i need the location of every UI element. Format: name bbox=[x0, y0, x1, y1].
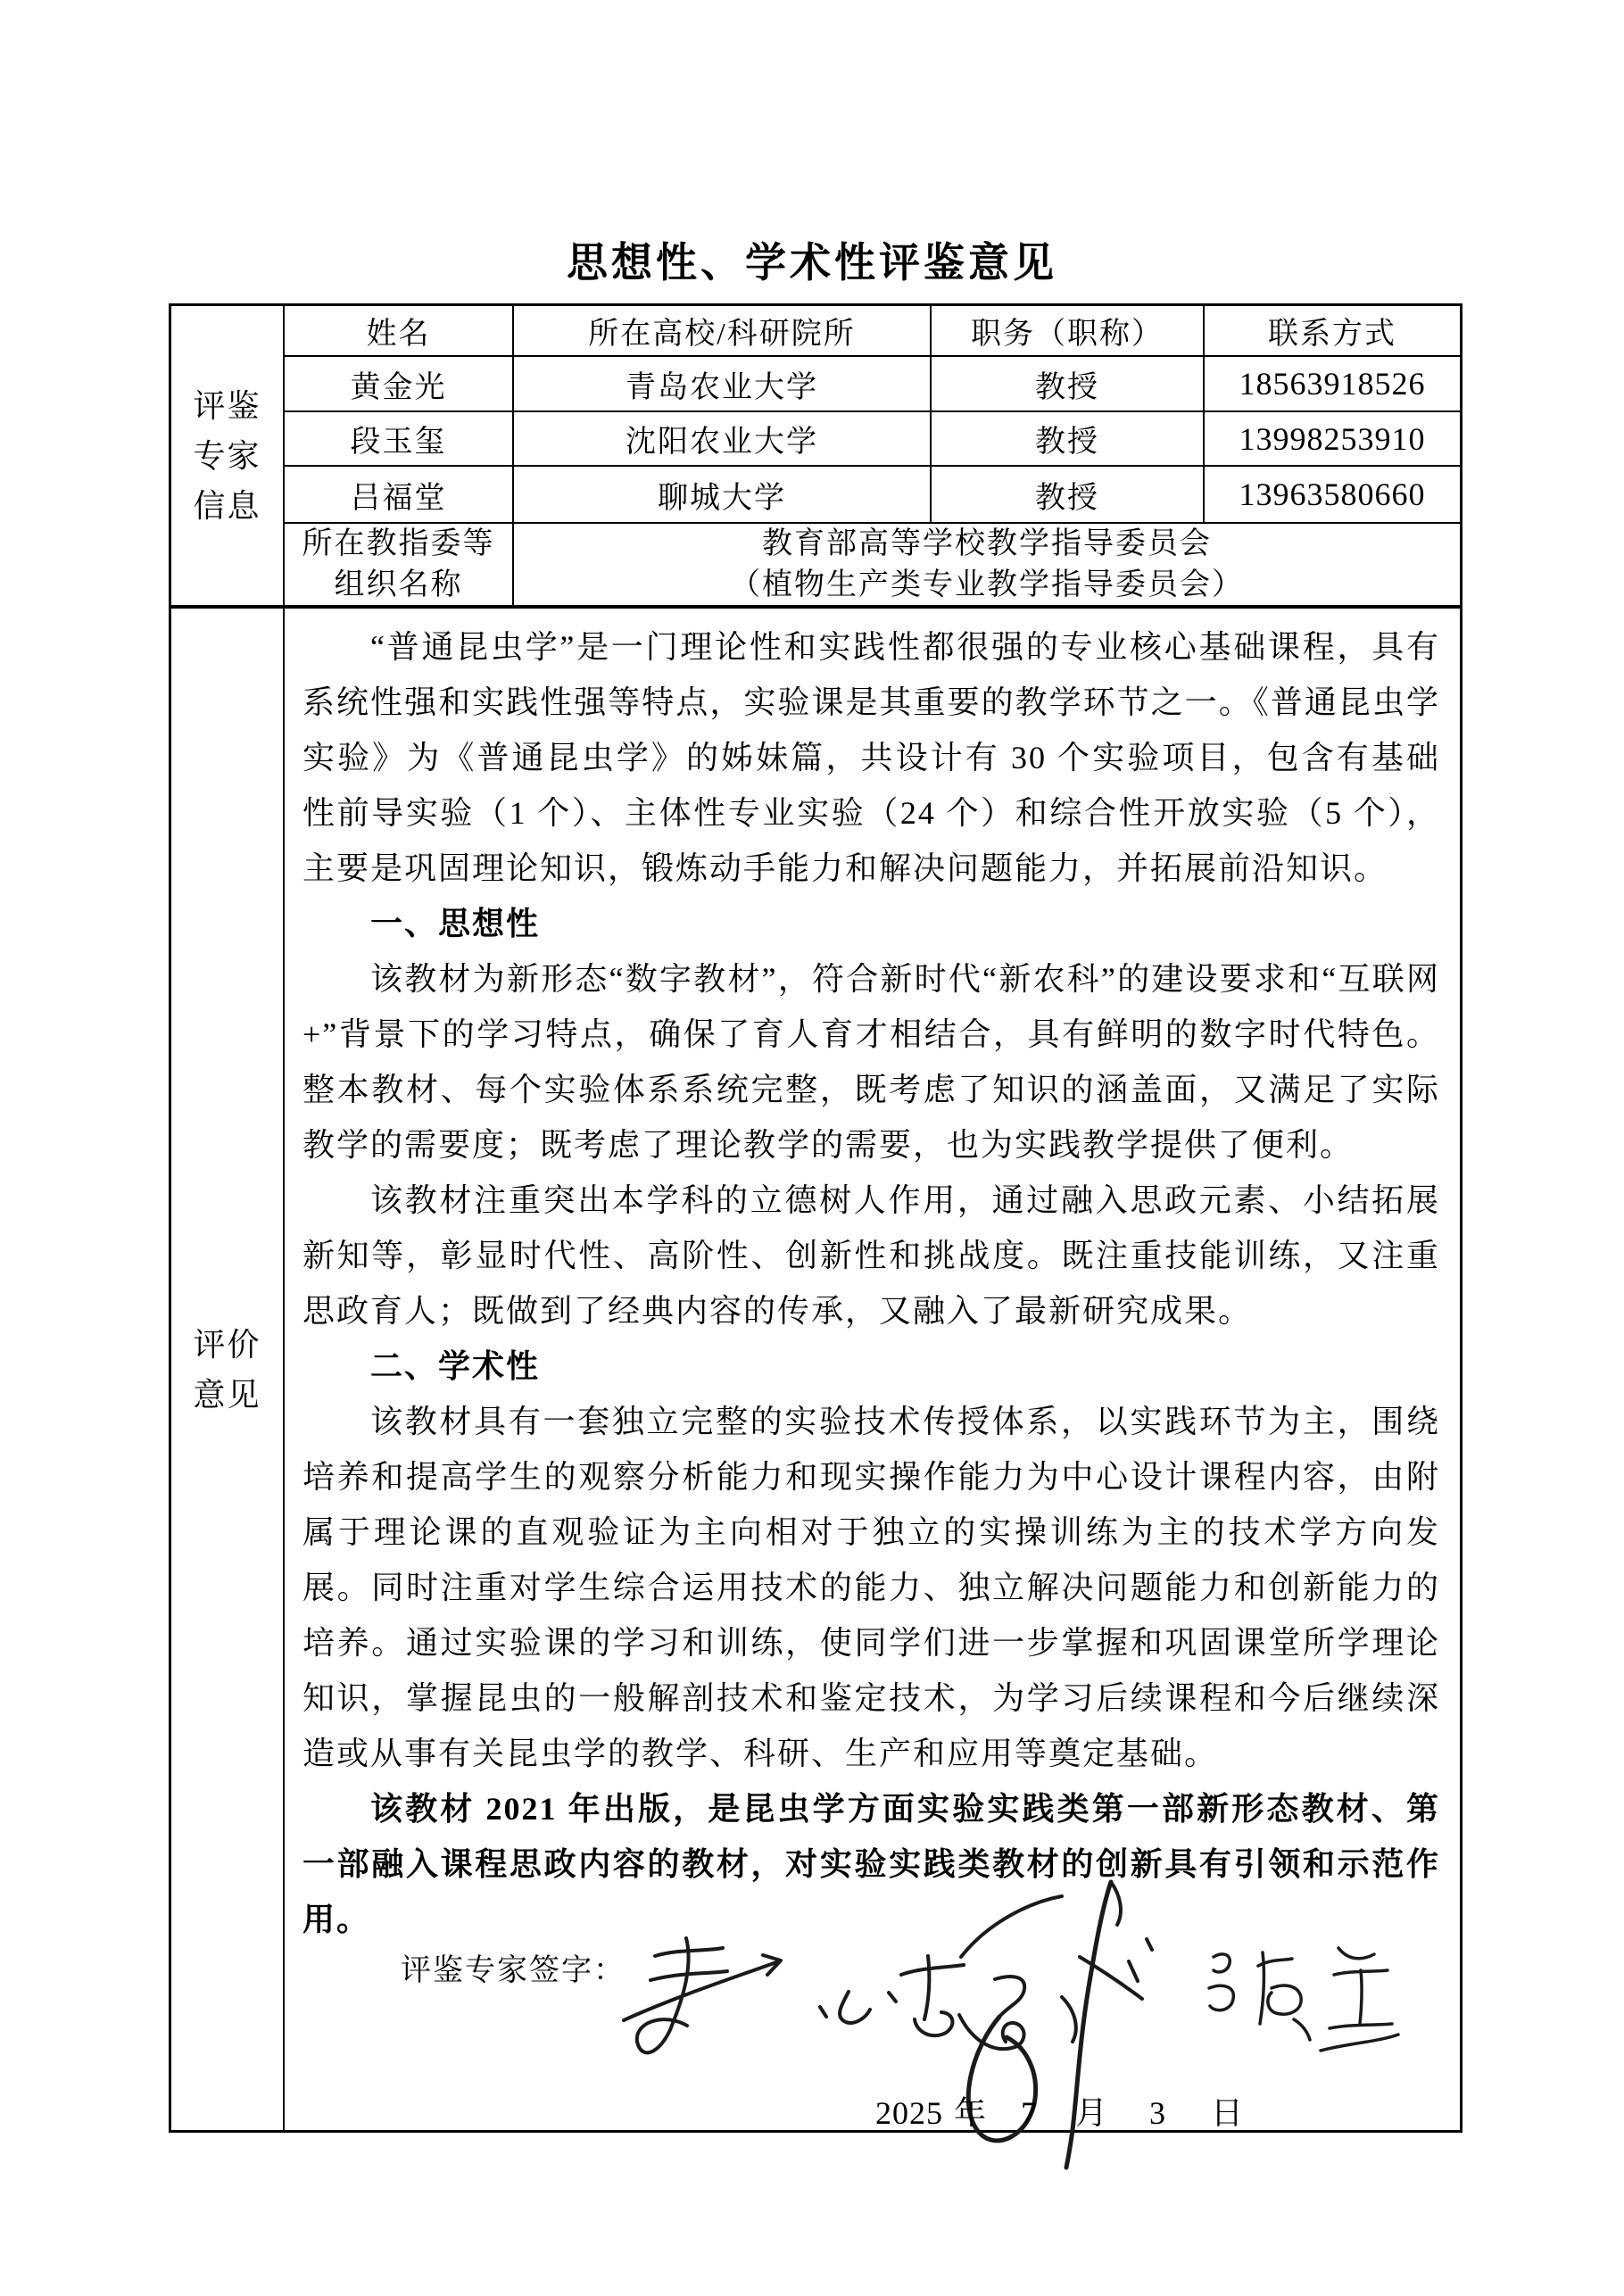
org-row-label: 所在教指委等 组织名称 bbox=[285, 524, 514, 609]
expert-name: 段玉玺 bbox=[285, 412, 514, 467]
expert-info-section-label: 评鉴专家信息 bbox=[171, 306, 285, 609]
header-position: 职务（职称） bbox=[932, 306, 1205, 357]
expert-affiliation: 青岛农业大学 bbox=[514, 357, 932, 412]
document-page: 思想性、学术性评鉴意见 评鉴专家信息 姓名 所在高校/科研院所 职务（职称） 联… bbox=[0, 0, 1624, 2296]
expert-position: 教授 bbox=[932, 357, 1205, 412]
expert-affiliation: 聊城大学 bbox=[514, 467, 932, 524]
opinion-section-label: 评价意见 bbox=[171, 609, 285, 2130]
signature-lv-futang bbox=[1186, 1934, 1400, 2068]
expert-contact: 13998253910 bbox=[1205, 412, 1460, 467]
expert-name: 黄金光 bbox=[285, 357, 514, 412]
opinion-paragraph-conclusion: 该教材 2021 年出版，是昆虫学方面实验实践类第一部新形态教材、第一部融入课程… bbox=[302, 1781, 1440, 1947]
header-contact: 联系方式 bbox=[1205, 306, 1460, 357]
expert-contact: 18563918526 bbox=[1205, 357, 1460, 412]
page-title: 思想性、学术性评鉴意见 bbox=[0, 230, 1624, 289]
review-table: 评鉴专家信息 姓名 所在高校/科研院所 职务（职称） 联系方式 黄金光 青岛农业… bbox=[169, 303, 1462, 2133]
expert-contact: 13963580660 bbox=[1205, 467, 1460, 524]
expert-name: 吕福堂 bbox=[285, 467, 514, 524]
expert-position: 教授 bbox=[932, 412, 1205, 467]
opinion-heading-academic: 二、学术性 bbox=[302, 1339, 1440, 1394]
header-affiliation: 所在高校/科研院所 bbox=[514, 306, 932, 357]
opinion-heading-ideology: 一、思想性 bbox=[302, 896, 1440, 951]
header-name: 姓名 bbox=[285, 306, 514, 357]
opinion-paragraph: 该教材为新形态“数字教材”，符合新时代“新农科”的建设要求和“互联网+”背景下的… bbox=[302, 951, 1440, 1173]
expert-position: 教授 bbox=[932, 467, 1205, 524]
review-date: 2025 年 7 月 3 日 bbox=[472, 2085, 1624, 2141]
signature-label: 评鉴专家签字： bbox=[401, 1944, 626, 1999]
opinion-paragraph: “普通昆虫学”是一门理论性和实践性都很强的专业核心基础课程，具有系统性强和实践性… bbox=[302, 619, 1440, 896]
opinion-paragraph: 该教材注重突出本学科的立德树人作用，通过融入思政元素、小结拓展新知等，彰显时代性… bbox=[302, 1173, 1440, 1339]
org-row-value: 教育部高等学校教学指导委员会 （植物生产类专业教学指导委员会） bbox=[514, 524, 1460, 609]
opinion-content: “普通昆虫学”是一门理论性和实践性都很强的专业核心基础课程，具有系统性强和实践性… bbox=[285, 609, 1460, 2130]
expert-affiliation: 沈阳农业大学 bbox=[514, 412, 932, 467]
opinion-paragraph: 该教材具有一套独立完整的实验技术传授体系，以实践环节为主，围绕培养和提高学生的观… bbox=[302, 1394, 1440, 1781]
